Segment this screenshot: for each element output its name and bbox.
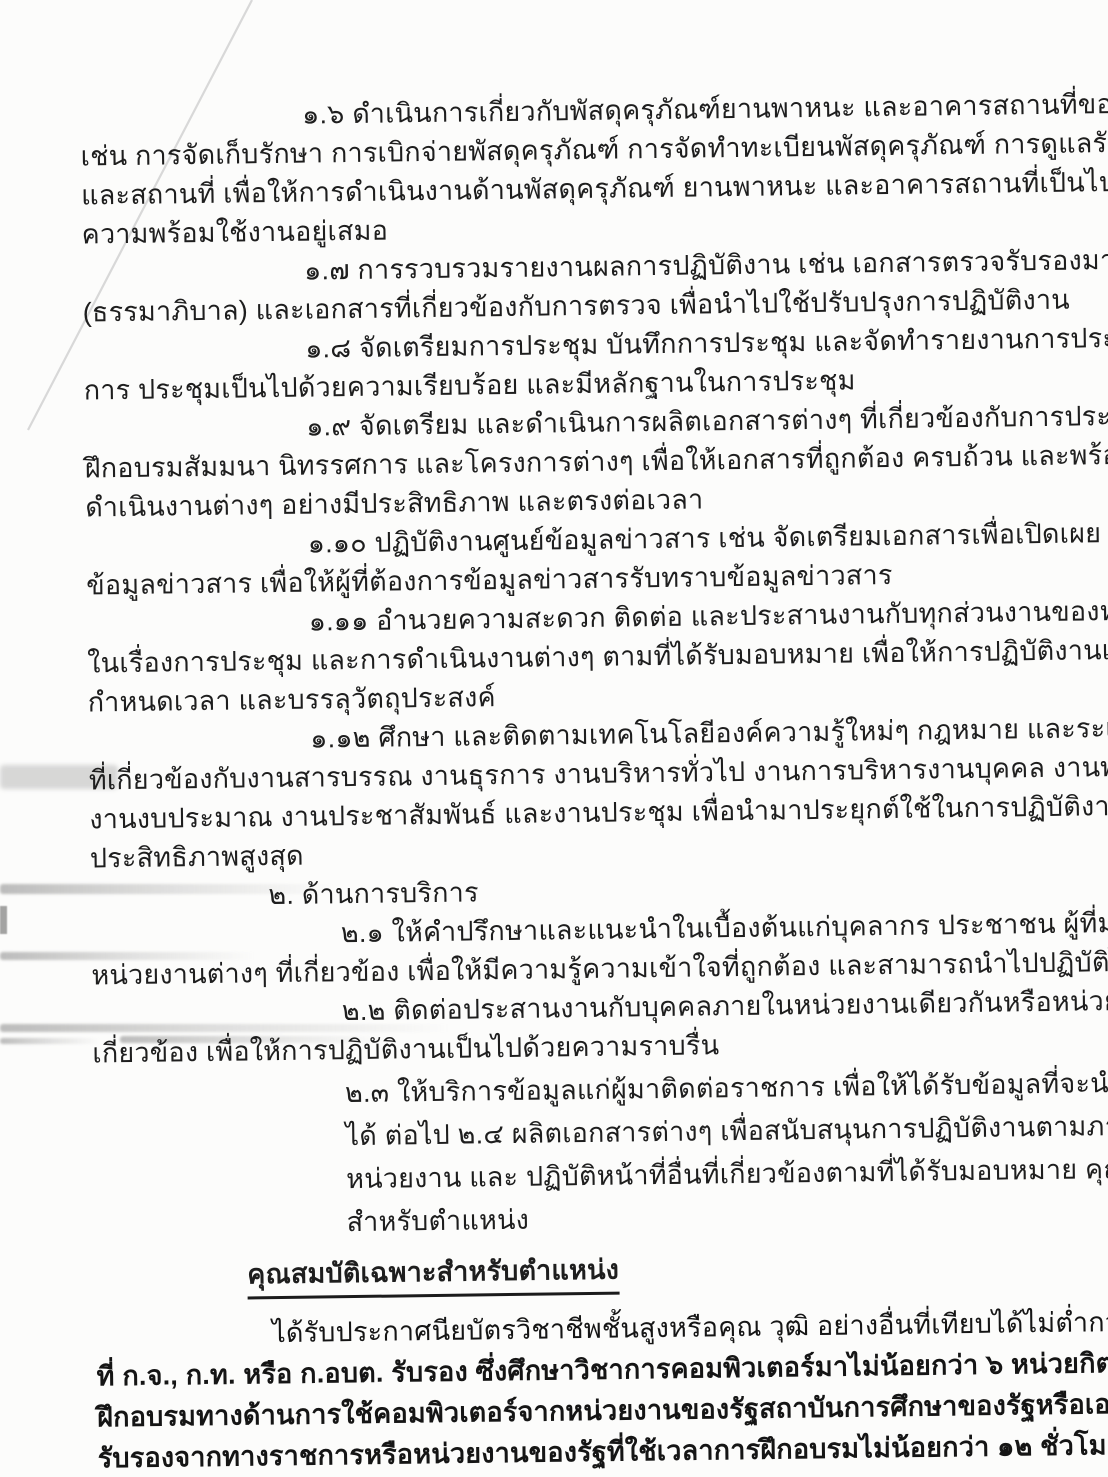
scanned-document-page: ๑.๖ ดำเนินการเกี่ยวกับพัสดุครุภัณฑ์ยานพา… [0, 0, 1108, 1477]
paragraph-item: ๑.๑๐ ปฏิบัติงานศูนย์ข้อมูลข่าวสาร เช่น จ… [86, 515, 1077, 606]
paragraph-item: ๑.๗ การรวบรวมรายงานผลการปฏิบัติงาน เช่น … [82, 242, 1073, 333]
text-line: คุณสมบัติเฉพาะสำหรับตำแหน่ง [247, 1251, 619, 1300]
paragraph-closing: ได้รับประกาศนียบัตรวิชาชีพชั้นสูงหรือคุณ… [96, 1302, 1088, 1477]
paragraph-heading: คุณสมบัติเฉพาะสำหรับตำแหน่ง [95, 1244, 1085, 1301]
paragraph-item2: ๒.๒ ติดต่อประสานงานกับบุคคลภายในหน่วยงาน… [92, 982, 1083, 1073]
paragraph-blockquote: ๒.๓ ให้บริการข้อมูลแก่ผู้มาติดต่อราชการ … [93, 1062, 1085, 1247]
paragraph-item: ๑.๑๒ ศึกษา และติดตามเทคโนโลยีองค์ความรู้… [88, 710, 1080, 879]
scan-artifact [0, 1038, 100, 1044]
document-content: ๑.๖ ดำเนินการเกี่ยวกับพัสดุครุภัณฑ์ยานพา… [80, 86, 1088, 1477]
scan-artifact [0, 906, 7, 934]
paragraph-item2: ๒.๑ ให้คำปรึกษาและแนะนำในเบื้องต้นแก่บุค… [91, 905, 1082, 996]
paragraph-item: ๑.๙ จัดเตรียม และดำเนินการผลิตเอกสารต่าง… [84, 398, 1075, 528]
paragraph-item: ๑.๘ จัดเตรียมการประชุม บันทึกการประชุม แ… [83, 320, 1074, 411]
paragraph-item: ๑.๖ ดำเนินการเกี่ยวกับพัสดุครุภัณฑ์ยานพา… [80, 86, 1072, 255]
paragraph-item: ๑.๑๑ อำนวยความสะดวก ติดต่อ และประสานงานก… [87, 593, 1078, 723]
